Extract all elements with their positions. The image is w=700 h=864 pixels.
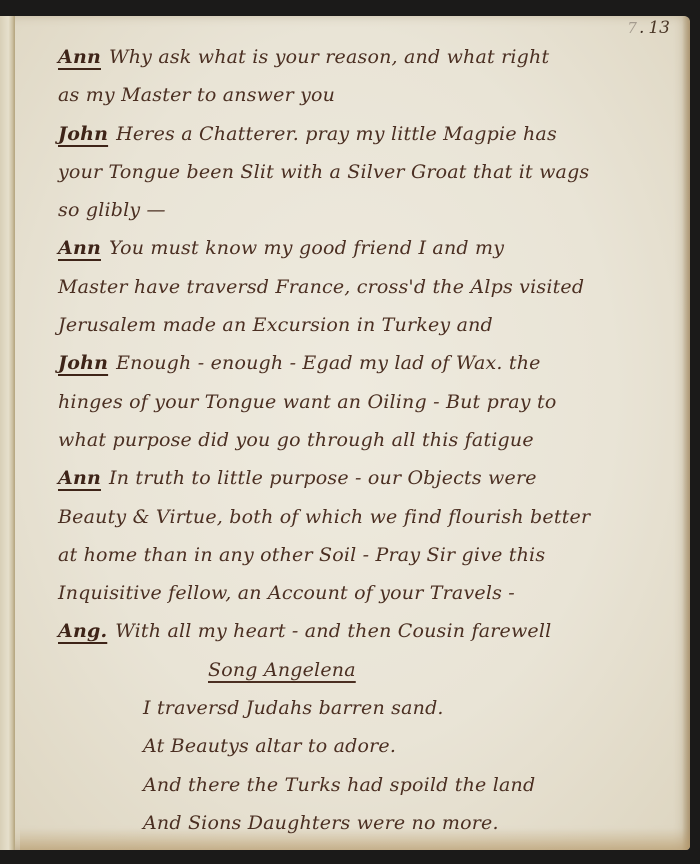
dialogue-line: Master have traversd France, cross'd the… <box>58 268 678 306</box>
dialogue-line: Ang.With all my heart - and then Cousin … <box>58 612 678 650</box>
speaker-name: Ann <box>58 237 101 259</box>
folio-number: 7.13 <box>627 18 670 38</box>
song-verse-line: At Beautys altar to adore. <box>58 727 678 765</box>
speaker-name: Ann <box>58 467 101 489</box>
pencil-mark: 7 <box>627 19 637 37</box>
dialogue-line: JohnHeres a Chatterer. pray my little Ma… <box>58 115 678 153</box>
dialogue-line: Jerusalem made an Excursion in Turkey an… <box>58 306 678 344</box>
dialogue-line: hinges of your Tongue want an Oiling - B… <box>58 383 678 421</box>
dialogue-line: what purpose did you go through all this… <box>58 421 678 459</box>
speaker-name: John <box>58 352 108 374</box>
dialogue-line: so glibly — <box>58 191 678 229</box>
manuscript-page: 7.13 AnnWhy ask what is your reason, and… <box>0 16 690 850</box>
speaker-name: Ann <box>58 46 101 68</box>
dialogue-line: AnnWhy ask what is your reason, and what… <box>58 38 678 76</box>
song-title-line: Song Angelena <box>58 651 678 689</box>
song-verse-line: And there the Turks had spoild the land <box>58 766 678 804</box>
speaker-name: Ang. <box>58 620 107 642</box>
manuscript-scan: 7.13 AnnWhy ask what is your reason, and… <box>0 0 700 864</box>
song-verse-line: And Sions Daughters were no more. <box>58 804 678 842</box>
speaker-name: John <box>58 123 108 145</box>
manuscript-text: AnnWhy ask what is your reason, and what… <box>58 38 678 842</box>
dialogue-line: JohnEnough - enough - Egad my lad of Wax… <box>58 344 678 382</box>
dialogue-line: AnnIn truth to little purpose - our Obje… <box>58 459 678 497</box>
binding-gutter <box>0 16 15 850</box>
dialogue-line: Beauty & Virtue, both of which we find f… <box>58 498 678 536</box>
dialogue-line: your Tongue been Slit with a Silver Groa… <box>58 153 678 191</box>
dialogue-line: Inquisitive fellow, an Account of your T… <box>58 574 678 612</box>
song-title: Song Angelena <box>58 659 356 681</box>
dialogue-line: AnnYou must know my good friend I and my <box>58 229 678 267</box>
page-edge-shadow <box>682 16 690 850</box>
page-number: 13 <box>648 18 670 38</box>
song-verse-line: I traversd Judahs barren sand. <box>58 689 678 727</box>
dialogue-line: at home than in any other Soil - Pray Si… <box>58 536 678 574</box>
dialogue-line: as my Master to answer you <box>58 76 678 114</box>
